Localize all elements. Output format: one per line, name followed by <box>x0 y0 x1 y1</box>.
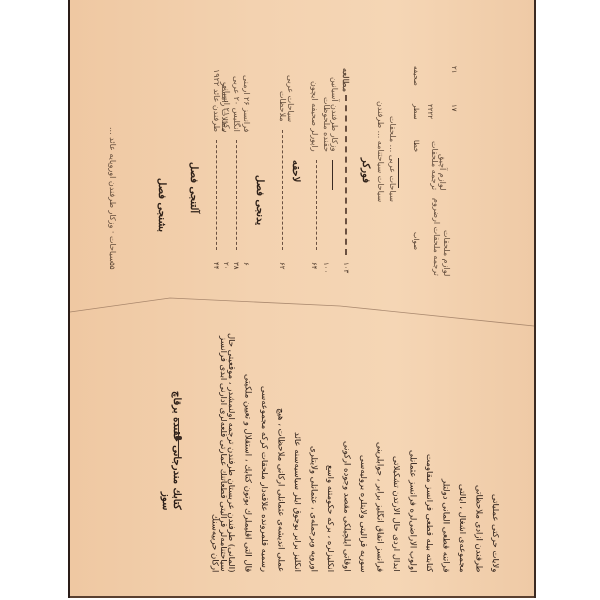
page-number: ۶۴ <box>310 262 318 270</box>
page-number: ۴۴ <box>212 262 220 270</box>
dotted-leader <box>345 95 347 255</box>
paragraph-line: اوقاتی ایلچیلکی مقصد وجوده آرکونی <box>342 322 351 572</box>
table-header: سطر <box>412 104 420 119</box>
page-number: ۱۰۳ <box>342 262 350 273</box>
toc-line: سیاحات سیاحتنامه ... طرفندن <box>376 62 384 202</box>
paragraph-line: اولوب الاراضی‌لره فرانسز عثمانلی <box>408 322 417 572</box>
page-number: ۶۲ <box>278 262 286 270</box>
paragraph-line: سیاحتنامه‌لر قرالیتی قطعاتنك عمارتی قلعه… <box>210 322 227 572</box>
toc-line: راپورلر صحیفه ایچون <box>310 62 318 152</box>
table-header: صواب <box>412 232 420 250</box>
toc-line: سیاحات · وزکار طرفندن اوروپایه عائد ... <box>108 62 116 262</box>
table-cell: ترجمه ملحقات <box>430 130 438 190</box>
section-heading: لاحقه <box>290 160 301 182</box>
paragraph-line: انگلیز برابر بوجوق ایلر سیاسیه‌سنه عائد <box>293 322 302 572</box>
paragraph-line: انکلیزلره ، برکه حکومتنه واسع <box>326 322 335 572</box>
page-number: ۳۸ <box>232 262 240 270</box>
paragraph-line: فرانسز اتفاق انگلیز برابر ، جوابلرینی <box>375 322 384 572</box>
divider-rule <box>398 158 399 188</box>
paragraph-line: ابدال اردی حال آلارتدن تشکیلاتی <box>392 322 401 572</box>
table-cell: ۱۷ <box>450 104 458 112</box>
page-number: ۵۵ <box>108 262 116 270</box>
table-cell: لوازم آچیق <box>438 130 446 190</box>
toc-line: فرانسز ۲۶ ارمنی <box>242 62 250 132</box>
table-cell: ۲۲۲۲ <box>426 104 434 119</box>
paragraph-line: طرفندن آزادی ملاحظاتی <box>474 322 483 572</box>
page-number: ۲۰ <box>222 262 230 270</box>
dotted-leader <box>236 140 237 250</box>
paragraph-line: عملی اندیشه‌ی عثمانلی ارکانی ملاحظات ، ه… <box>276 322 285 572</box>
document-page: سیاحات · وزکار طرفندن اوروپایه عائد ... … <box>68 0 536 598</box>
paragraph-line: کتابته بیله قطعی فرانسز مقاومت <box>425 322 434 572</box>
paragraph-line: قال آلتی اقلیملرك بوتون كتابك ، استقلال … <box>243 322 252 572</box>
table-header: خطا <box>412 140 420 152</box>
paragraph-line: رسمیه قلمرونده علاقه‌دار ملحقات كرکه مجم… <box>260 322 269 572</box>
paragraph-line: ولایات حرکتی عملیاتی <box>491 322 500 572</box>
toc-line: مطالعه <box>342 62 350 92</box>
toc-line: سیاحات عربی ملاحظات <box>278 62 294 122</box>
divider-rule <box>332 160 333 190</box>
page-number: ۶ <box>242 262 250 266</box>
toc-line: وزکار طرفندن آسیانین حقنده ملحوظات <box>322 62 338 152</box>
dotted-leader <box>282 130 283 250</box>
section-heading: آلتنجی فصل <box>188 162 199 213</box>
table-cell: ۲۱ <box>450 66 458 74</box>
section-heading: بشنجی فصل <box>156 178 167 232</box>
toc-line: انگلیس ۲۰ عربی <box>232 62 240 132</box>
page-number: ۱۰۰ <box>322 262 330 273</box>
toc-line: رکن ۲۱ انسانی <box>222 62 230 132</box>
table-header: صحیفه <box>412 66 420 86</box>
paragraph-line: مجموعه‌ی اشغال ، ایالتی <box>458 322 467 572</box>
paragraph-line: سوریه قرالیتی ولایتلره برولیه‌سی <box>359 322 368 572</box>
section-heading: فوركر <box>360 158 371 183</box>
paragraph-line: قراتنه قطعی آلمانی دولتلر <box>441 322 450 572</box>
dotted-leader <box>216 140 217 250</box>
paragraph-line: (آلمانی) طرفندن عربستان طرفندن ترجمه اول… <box>227 322 236 572</box>
toc-line: سیاحات عربی ... ملحقات <box>388 62 396 202</box>
dotted-leader <box>316 160 317 250</box>
table-cell: ترجمه ملحقات ارضروم <box>432 196 440 276</box>
table-cell: لوازم ملحقات <box>442 196 450 276</box>
paragraph-line: اوروپه وبرجمله‌ی ، عثمانلی ولایتلری <box>309 322 318 572</box>
ornament-dot <box>175 436 182 440</box>
section-heading: یدنجی فصل <box>254 175 265 225</box>
